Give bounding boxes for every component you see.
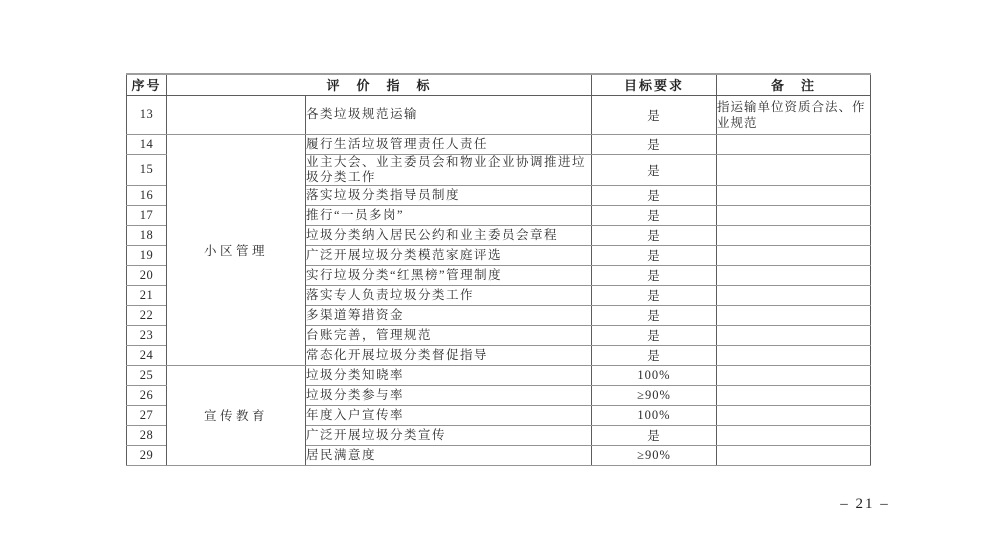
table-row: 13 各类垃圾规范运输 是 指运输单位资质合法、作业规范	[127, 95, 871, 134]
page-number: – 21 –	[820, 496, 910, 513]
indicator-cell: 垃圾分类纳入居民公约和业主委员会章程	[306, 225, 592, 245]
target-cell: 是	[592, 225, 717, 245]
row-number: 28	[127, 425, 167, 445]
table-row: 14 小区管理 履行生活垃圾管理责任人责任 是	[127, 134, 871, 154]
indicator-cell: 落实专人负责垃圾分类工作	[306, 285, 592, 305]
remark-cell	[717, 225, 871, 245]
remark-cell	[717, 365, 871, 385]
indicator-cell: 常态化开展垃圾分类督促指导	[306, 345, 592, 365]
remark-cell	[717, 185, 871, 205]
target-cell: 是	[592, 245, 717, 265]
remark-cell	[717, 325, 871, 345]
row-number: 20	[127, 265, 167, 285]
row-number: 16	[127, 185, 167, 205]
col-header-indicator: 评 价 指 标	[167, 74, 592, 95]
row-number: 22	[127, 305, 167, 325]
row-number: 18	[127, 225, 167, 245]
table-header-row: 序号 评 价 指 标 目标要求 备 注	[127, 74, 871, 95]
target-cell: 是	[592, 134, 717, 154]
category-cell	[167, 95, 306, 134]
col-header-target: 目标要求	[592, 74, 717, 95]
target-cell: 是	[592, 154, 717, 185]
indicator-cell: 多渠道筹措资金	[306, 305, 592, 325]
indicator-cell: 实行垃圾分类“红黑榜”管理制度	[306, 265, 592, 285]
remark-cell: 指运输单位资质合法、作业规范	[717, 95, 871, 134]
indicator-cell: 落实垃圾分类指导员制度	[306, 185, 592, 205]
evaluation-indicator-table: 序号 评 价 指 标 目标要求 备 注 13 各类垃圾规范运输 是 指运输单位资…	[126, 73, 871, 466]
col-header-index: 序号	[127, 74, 167, 95]
remark-cell	[717, 285, 871, 305]
remark-cell	[717, 425, 871, 445]
indicator-cell: 年度入户宣传率	[306, 405, 592, 425]
target-cell: 是	[592, 185, 717, 205]
target-cell: 100%	[592, 365, 717, 385]
row-number: 27	[127, 405, 167, 425]
row-number: 15	[127, 154, 167, 185]
row-number: 23	[127, 325, 167, 345]
document-page: 序号 评 价 指 标 目标要求 备 注 13 各类垃圾规范运输 是 指运输单位资…	[0, 0, 1002, 553]
target-cell: 是	[592, 95, 717, 134]
remark-cell	[717, 154, 871, 185]
table-row: 25 宣传教育 垃圾分类知晓率 100%	[127, 365, 871, 385]
row-number: 29	[127, 445, 167, 465]
remark-cell	[717, 385, 871, 405]
target-cell: ≥90%	[592, 385, 717, 405]
remark-cell	[717, 205, 871, 225]
row-number: 21	[127, 285, 167, 305]
indicator-cell: 广泛开展垃圾分类模范家庭评选	[306, 245, 592, 265]
category-cell: 小区管理	[167, 134, 306, 365]
remark-cell	[717, 134, 871, 154]
target-cell: 是	[592, 425, 717, 445]
col-header-remark: 备 注	[717, 74, 871, 95]
target-cell: 是	[592, 285, 717, 305]
indicator-cell: 各类垃圾规范运输	[306, 95, 592, 134]
remark-cell	[717, 445, 871, 465]
indicator-cell: 业主大会、业主委员会和物业企业协调推进垃圾分类工作	[306, 154, 592, 185]
remark-cell	[717, 305, 871, 325]
indicator-cell: 履行生活垃圾管理责任人责任	[306, 134, 592, 154]
target-cell: 100%	[592, 405, 717, 425]
indicator-cell: 垃圾分类参与率	[306, 385, 592, 405]
remark-cell	[717, 345, 871, 365]
category-cell: 宣传教育	[167, 365, 306, 465]
indicator-cell: 广泛开展垃圾分类宣传	[306, 425, 592, 445]
row-number: 14	[127, 134, 167, 154]
target-cell: 是	[592, 325, 717, 345]
row-number: 13	[127, 95, 167, 134]
indicator-cell: 推行“一员多岗”	[306, 205, 592, 225]
row-number: 19	[127, 245, 167, 265]
target-cell: 是	[592, 205, 717, 225]
row-number: 26	[127, 385, 167, 405]
indicator-cell: 居民满意度	[306, 445, 592, 465]
remark-cell	[717, 405, 871, 425]
target-cell: 是	[592, 305, 717, 325]
indicator-cell: 台账完善，管理规范	[306, 325, 592, 345]
remark-cell	[717, 245, 871, 265]
row-number: 24	[127, 345, 167, 365]
target-cell: ≥90%	[592, 445, 717, 465]
row-number: 25	[127, 365, 167, 385]
remark-cell	[717, 265, 871, 285]
target-cell: 是	[592, 265, 717, 285]
row-number: 17	[127, 205, 167, 225]
target-cell: 是	[592, 345, 717, 365]
indicator-cell: 垃圾分类知晓率	[306, 365, 592, 385]
